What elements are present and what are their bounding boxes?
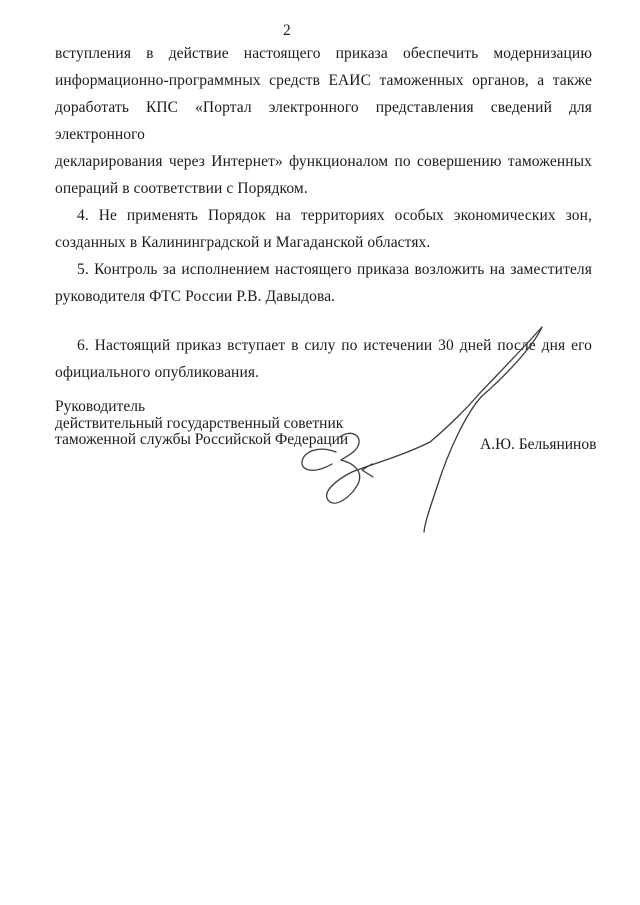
text-line: 5. Контроль за исполнением настоящего пр… — [55, 256, 592, 283]
text-line: 6. Настоящий приказ вступает в силу по и… — [55, 332, 592, 359]
paragraph-continuation: вступления в действие настоящего приказа… — [55, 40, 592, 202]
signer-name: А.Ю. Бельянинов — [480, 437, 596, 454]
signer-title-line: Руководитель — [55, 399, 592, 416]
signature-block: Руководитель действительный государствен… — [55, 399, 592, 449]
paragraph-item-5: 5. Контроль за исполнением настоящего пр… — [55, 256, 592, 310]
text-line: декларирования через Интернет» функциона… — [55, 148, 592, 175]
text-line: 4. Не применять Порядок на территориях о… — [55, 202, 592, 229]
page-number: 2 — [283, 23, 291, 39]
document-body: вступления в действие настоящего приказа… — [55, 40, 592, 386]
signature-tick — [362, 464, 373, 477]
text-line: созданных в Калининградской и Магаданско… — [55, 229, 592, 256]
text-line: операций в соответствии с Порядком. — [55, 175, 592, 202]
text-line: доработать КПС «Портал электронного пред… — [55, 94, 592, 148]
document-page: 2 вступления в действие настоящего прика… — [0, 0, 640, 905]
signer-title-line: действительный государственный советник — [55, 416, 592, 433]
text-line: руководителя ФТС России Р.В. Давыдова. — [55, 283, 592, 310]
text-line: информационно-программных средств ЕАИС т… — [55, 67, 592, 94]
paragraph-item-4: 4. Не применять Порядок на территориях о… — [55, 202, 592, 256]
paragraph-item-6: 6. Настоящий приказ вступает в силу по и… — [55, 332, 592, 386]
text-line: вступления в действие настоящего приказа… — [55, 40, 592, 67]
signature-left-curl — [302, 449, 336, 470]
text-line: официального опубликования. — [55, 359, 592, 386]
